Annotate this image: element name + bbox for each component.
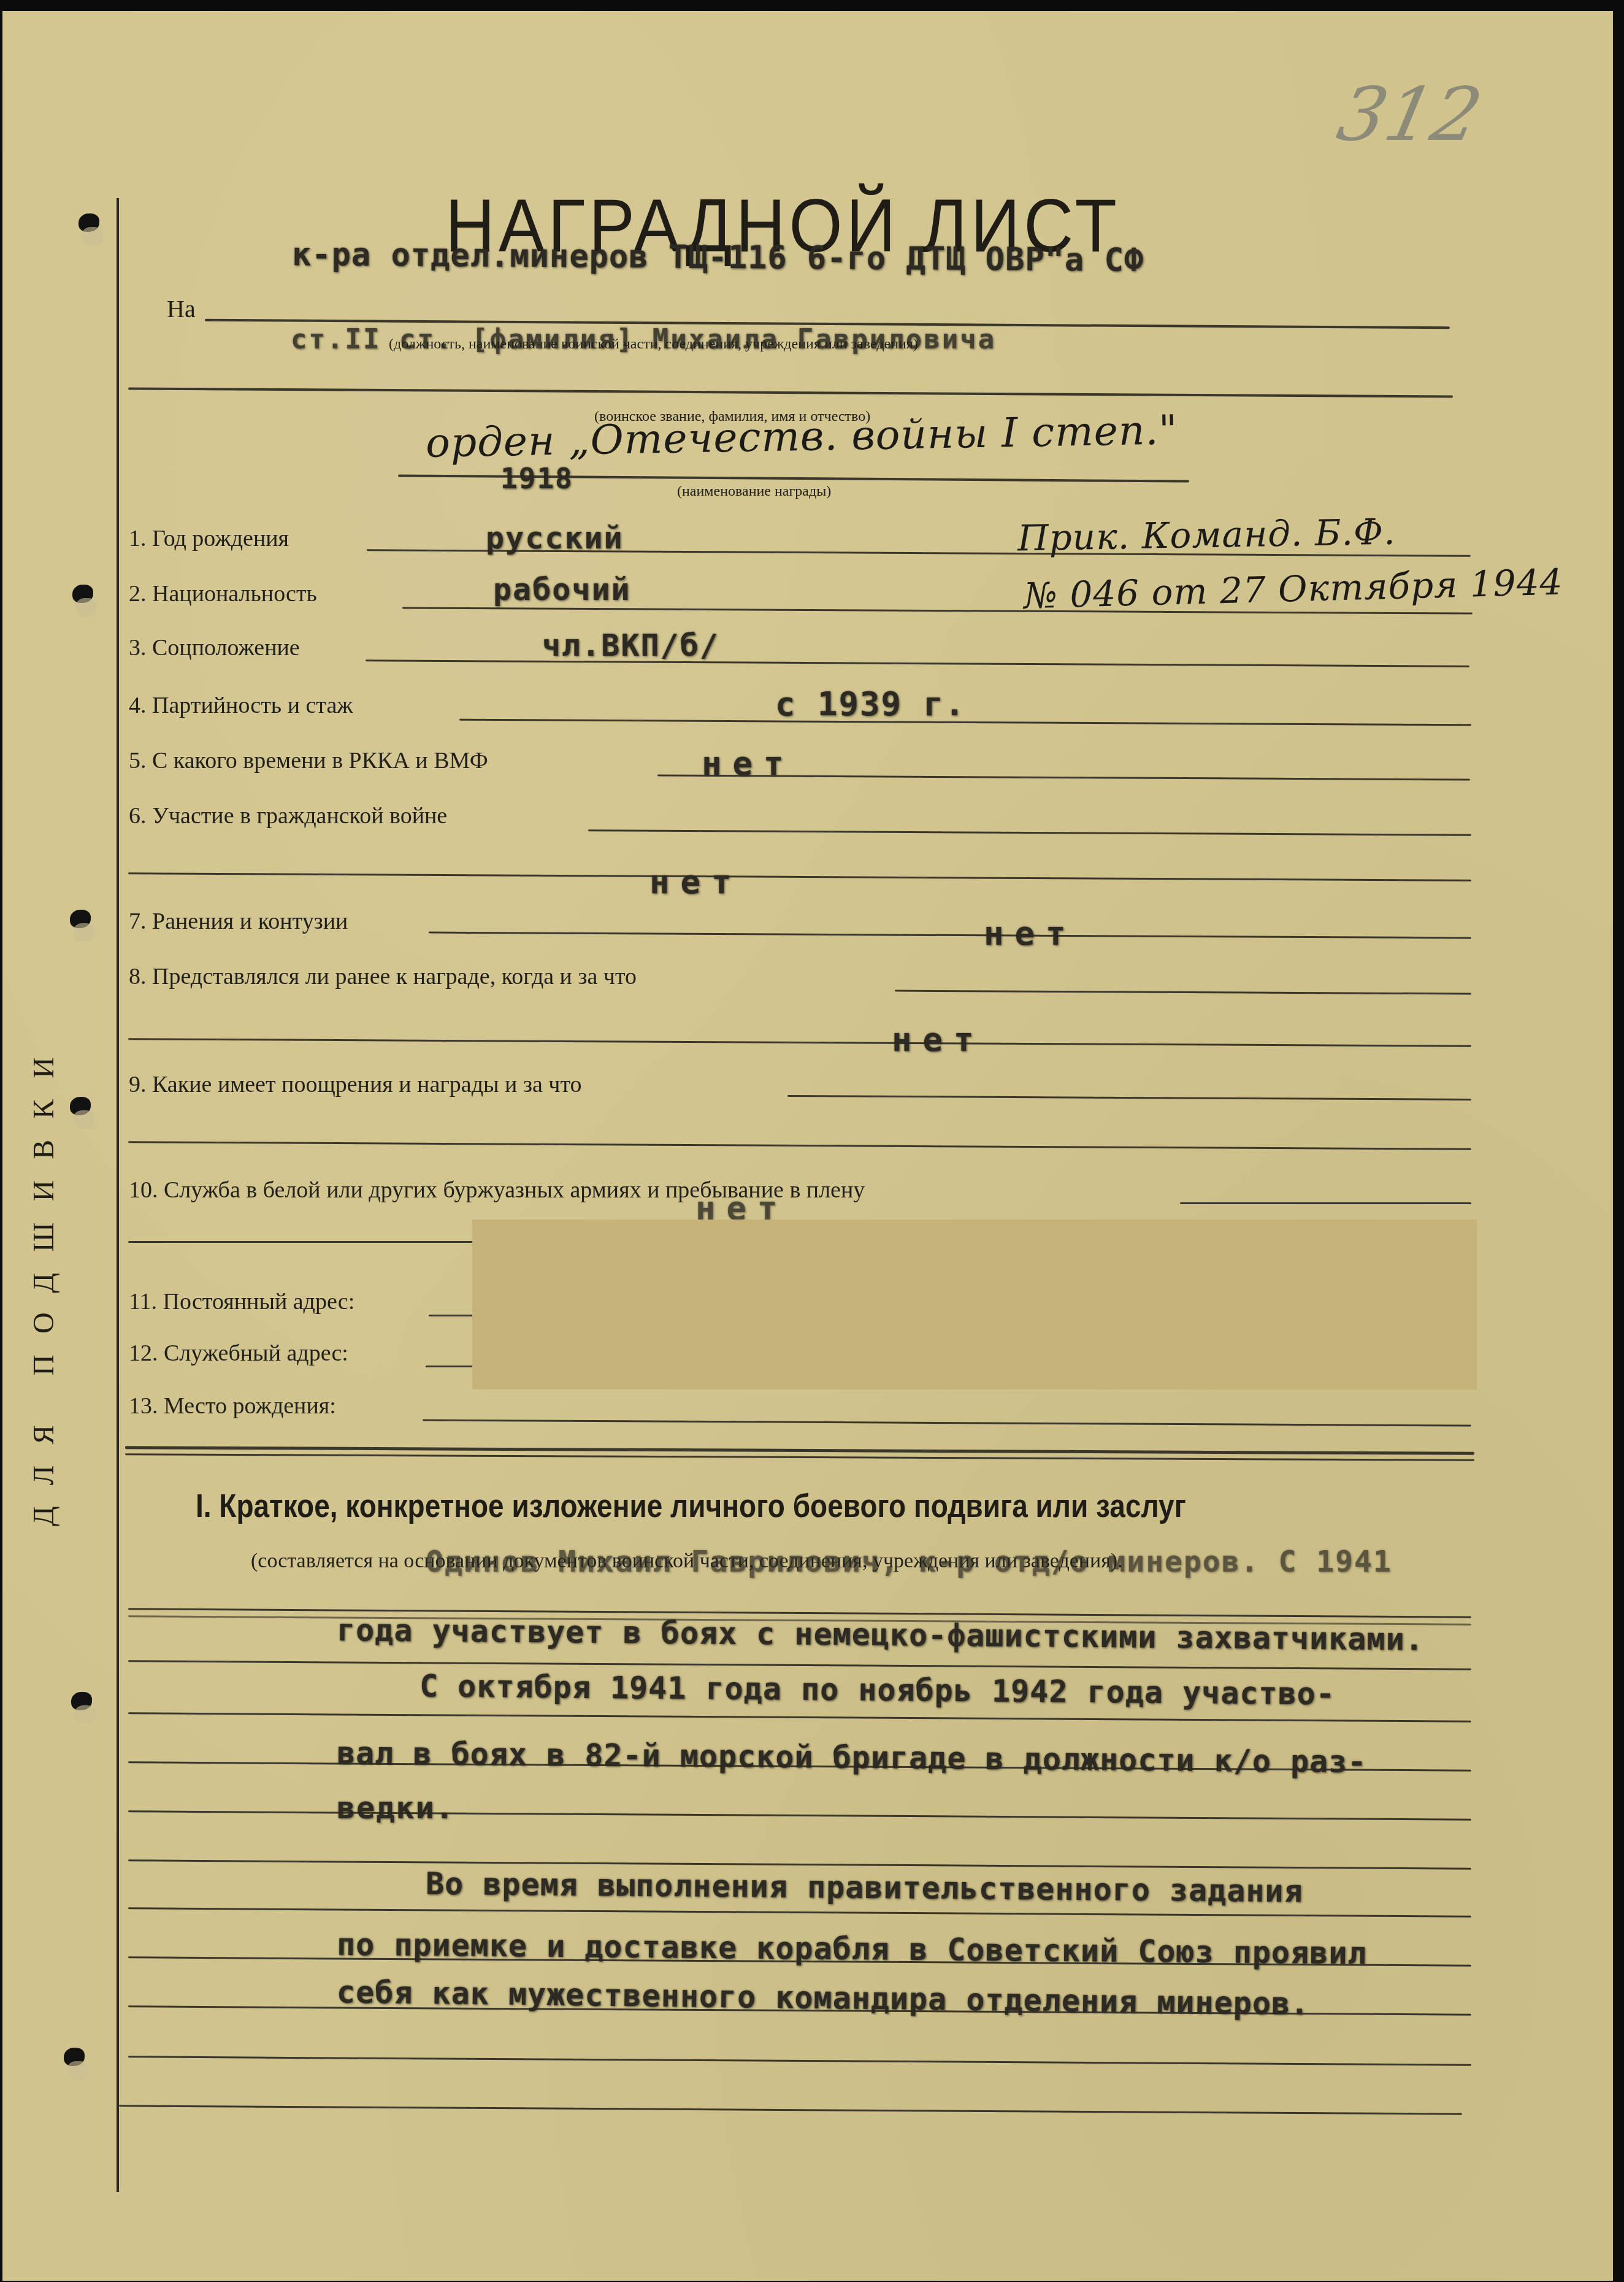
narrative-rule <box>128 1660 1471 1670</box>
section-separator-top <box>125 1446 1474 1455</box>
field-12-rule <box>426 1366 478 1367</box>
punch-hole-icon <box>79 213 99 232</box>
field-6-rule <box>588 829 1471 836</box>
section-heading: I. Краткое, конкретное изложение личного… <box>196 1487 1186 1525</box>
page-number: 312 <box>1330 72 1489 158</box>
field-label-permanent-address: 11. Постоянный адрес: <box>129 1288 354 1315</box>
field-value-since-typed: с 1939 г. <box>775 685 966 723</box>
narrative-line: себя как мужественного командира отделен… <box>337 1974 1310 2021</box>
punch-hole-icon <box>70 1097 91 1115</box>
award-handwritten: орден „Отечеств. войны I степ." <box>425 406 1178 466</box>
field-label-prev-award: 8. Представлялся ли ранее к награде, ког… <box>129 963 637 990</box>
field-10-rule <box>1180 1202 1471 1204</box>
field-label-year: 1. Год рождения <box>129 525 289 552</box>
binding-margin-text: ДЛЯ ПОДШИВКИ <box>27 1036 61 1526</box>
narrative-line: вал в боях в 82-й морской бригаде в долж… <box>337 1735 1367 1780</box>
field-value-civil-war-typed: нет <box>649 862 743 901</box>
punch-hole-icon <box>70 910 91 928</box>
field-value-party-typed: чл.ВКП/б/ <box>542 628 719 663</box>
binding-margin-line <box>117 198 119 2192</box>
field-6-rule-2 <box>128 872 1471 881</box>
field-7-rule <box>429 932 1471 939</box>
section-separator-bottom <box>125 1453 1474 1461</box>
punch-hole-icon <box>64 2048 85 2066</box>
field-label-birthplace: 13. Место рождения: <box>129 1393 336 1420</box>
field-value-wounds-typed: нет <box>984 914 1077 953</box>
field-3-rule <box>366 659 1469 667</box>
narrative-line: Одинов Михаил Гаврилович, к-р отд/о мине… <box>426 1545 1392 1579</box>
narrative-rule <box>128 1859 1471 1869</box>
narrative-line: Во время выполнения правительственного з… <box>426 1866 1303 1909</box>
field-13-rule <box>423 1420 1471 1427</box>
field-9-rule <box>787 1095 1471 1101</box>
narrative-line: ведки. <box>337 1790 455 1826</box>
narrative-line: года участвует в боях с немецко-фашистск… <box>337 1612 1424 1657</box>
narrative-rule <box>128 1810 1471 1820</box>
field-label-commendations: 9. Какие имеет поощрения и награды и за … <box>129 1071 582 1098</box>
caption-award: (наименование награды) <box>677 483 831 500</box>
narrative-line: С октября 1941 года по ноябрь 1942 года … <box>419 1668 1335 1711</box>
field-label-rkka: 5. С какого времени в РККА и ВМФ <box>129 747 488 774</box>
redaction-block <box>472 1220 1477 1389</box>
punch-hole-icon <box>71 1692 92 1710</box>
caption-position: (должность, наименование воинской части,… <box>389 336 918 353</box>
na-label: На <box>167 294 196 323</box>
field-label-social: 3. Соцположение <box>129 634 300 661</box>
field-9-rule-2 <box>128 1141 1471 1150</box>
field-11-rule <box>429 1315 478 1316</box>
field-value-social-typed: рабочий <box>493 572 631 607</box>
recipient-position-typed: к-ра отдел.минеров ТЩ-116 6-го ДТЩ ОВР"а… <box>292 236 1144 279</box>
narrative-rule <box>128 1712 1471 1722</box>
rank-name-rule <box>128 387 1453 398</box>
field-label-civil-war: 6. Участие в гражданской войне <box>129 802 447 829</box>
order-note-line2: № 046 от 27 Октября 1944 <box>1023 561 1563 617</box>
punch-hole-icon <box>72 585 93 603</box>
field-label-service-address: 12. Служебный адрес: <box>129 1340 348 1367</box>
birth-year-typed: 1918 <box>500 462 573 495</box>
field-value-prev-award-typed: нет <box>892 1020 985 1059</box>
field-label-nationality: 2. Национальность <box>129 580 317 607</box>
field-8-rule-2 <box>128 1038 1471 1047</box>
field-8-rule <box>895 990 1471 995</box>
field-label-party: 4. Партийность и стаж <box>129 692 353 719</box>
field-10-rule-2 <box>128 1241 475 1243</box>
field-label-wounds: 7. Ранения и контузии <box>129 908 348 935</box>
narrative-rule <box>128 2056 1471 2065</box>
award-sheet-page: 312 ДЛЯ ПОДШИВКИ НАГРАДНОЙ ЛИСТ к-ра отд… <box>2 11 1613 2281</box>
order-note-line1: Прик. Команд. Б.Ф. <box>1017 511 1396 559</box>
narrative-rule <box>119 2105 1462 2115</box>
